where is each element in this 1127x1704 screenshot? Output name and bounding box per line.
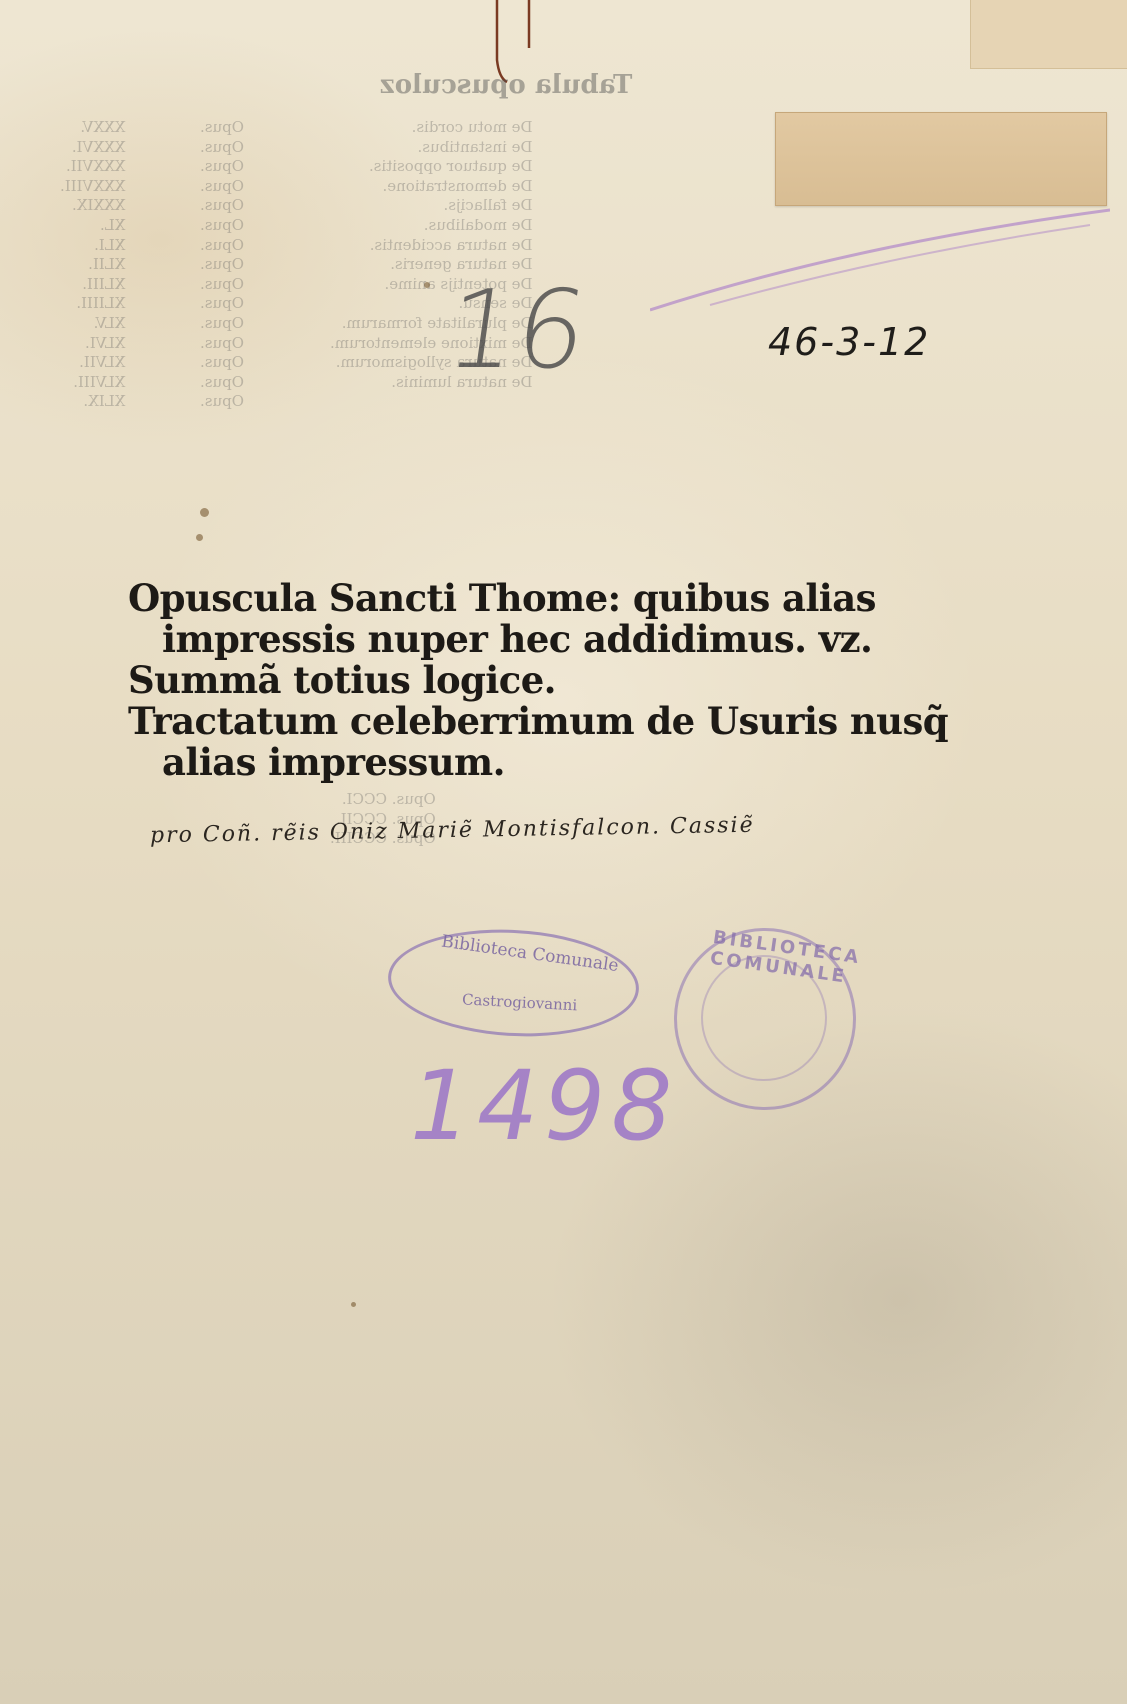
shelfmark: 46-3-12: [768, 320, 930, 364]
paper-repair-patch: [775, 112, 1107, 206]
title-line-2: impressis nuper hec addidimus. vz.: [128, 619, 888, 660]
foxing-spot: [200, 508, 209, 517]
stamp-oval-line-2: Castrogiovanni: [462, 990, 578, 1014]
title-block: Opuscula Sancti Thome: quibus alias impr…: [128, 578, 888, 783]
stamp-oval-line-1: Biblioteca Comunale: [440, 931, 620, 976]
foxing-spot: [424, 282, 430, 288]
title-line-3: Summã totius logice.: [128, 660, 888, 701]
title-line-5: alias impressum.: [128, 742, 888, 783]
bookmark-thread: [495, 0, 535, 86]
page-scan: Tabula opusculoz XXXV. XXXVI. XXXVII. XX…: [0, 0, 1127, 1704]
library-stamp-round: BIBLIOTECA COMUNALE: [674, 928, 856, 1110]
corner-paper-repair: [970, 0, 1127, 69]
showthrough-numerals: XXXV. XXXVI. XXXVII. XXXVIII. XXXIX. XL.…: [60, 118, 125, 412]
showthrough-opus-column: Opus. Opus. Opus. Opus. Opus. Opus. Opus…: [200, 118, 244, 412]
title-line-4: Tractatum celeberrimum de Usuris nusq̃: [128, 701, 888, 742]
violet-pencil-stroke: [650, 205, 1110, 325]
library-stamp-oval: Biblioteca Comunale Castrogiovanni: [385, 924, 641, 1043]
inventory-number: 1498: [410, 1050, 678, 1162]
handwritten-ex-libris: pro Coñ. rẽis Oniz Mariẽ Montisfalcon. C…: [150, 813, 755, 849]
foxing-spot: [196, 534, 203, 541]
title-line-1: Opuscula Sancti Thome: quibus alias: [128, 578, 888, 619]
foxing-spot: [351, 1302, 356, 1307]
pencil-number: 16: [439, 268, 594, 393]
